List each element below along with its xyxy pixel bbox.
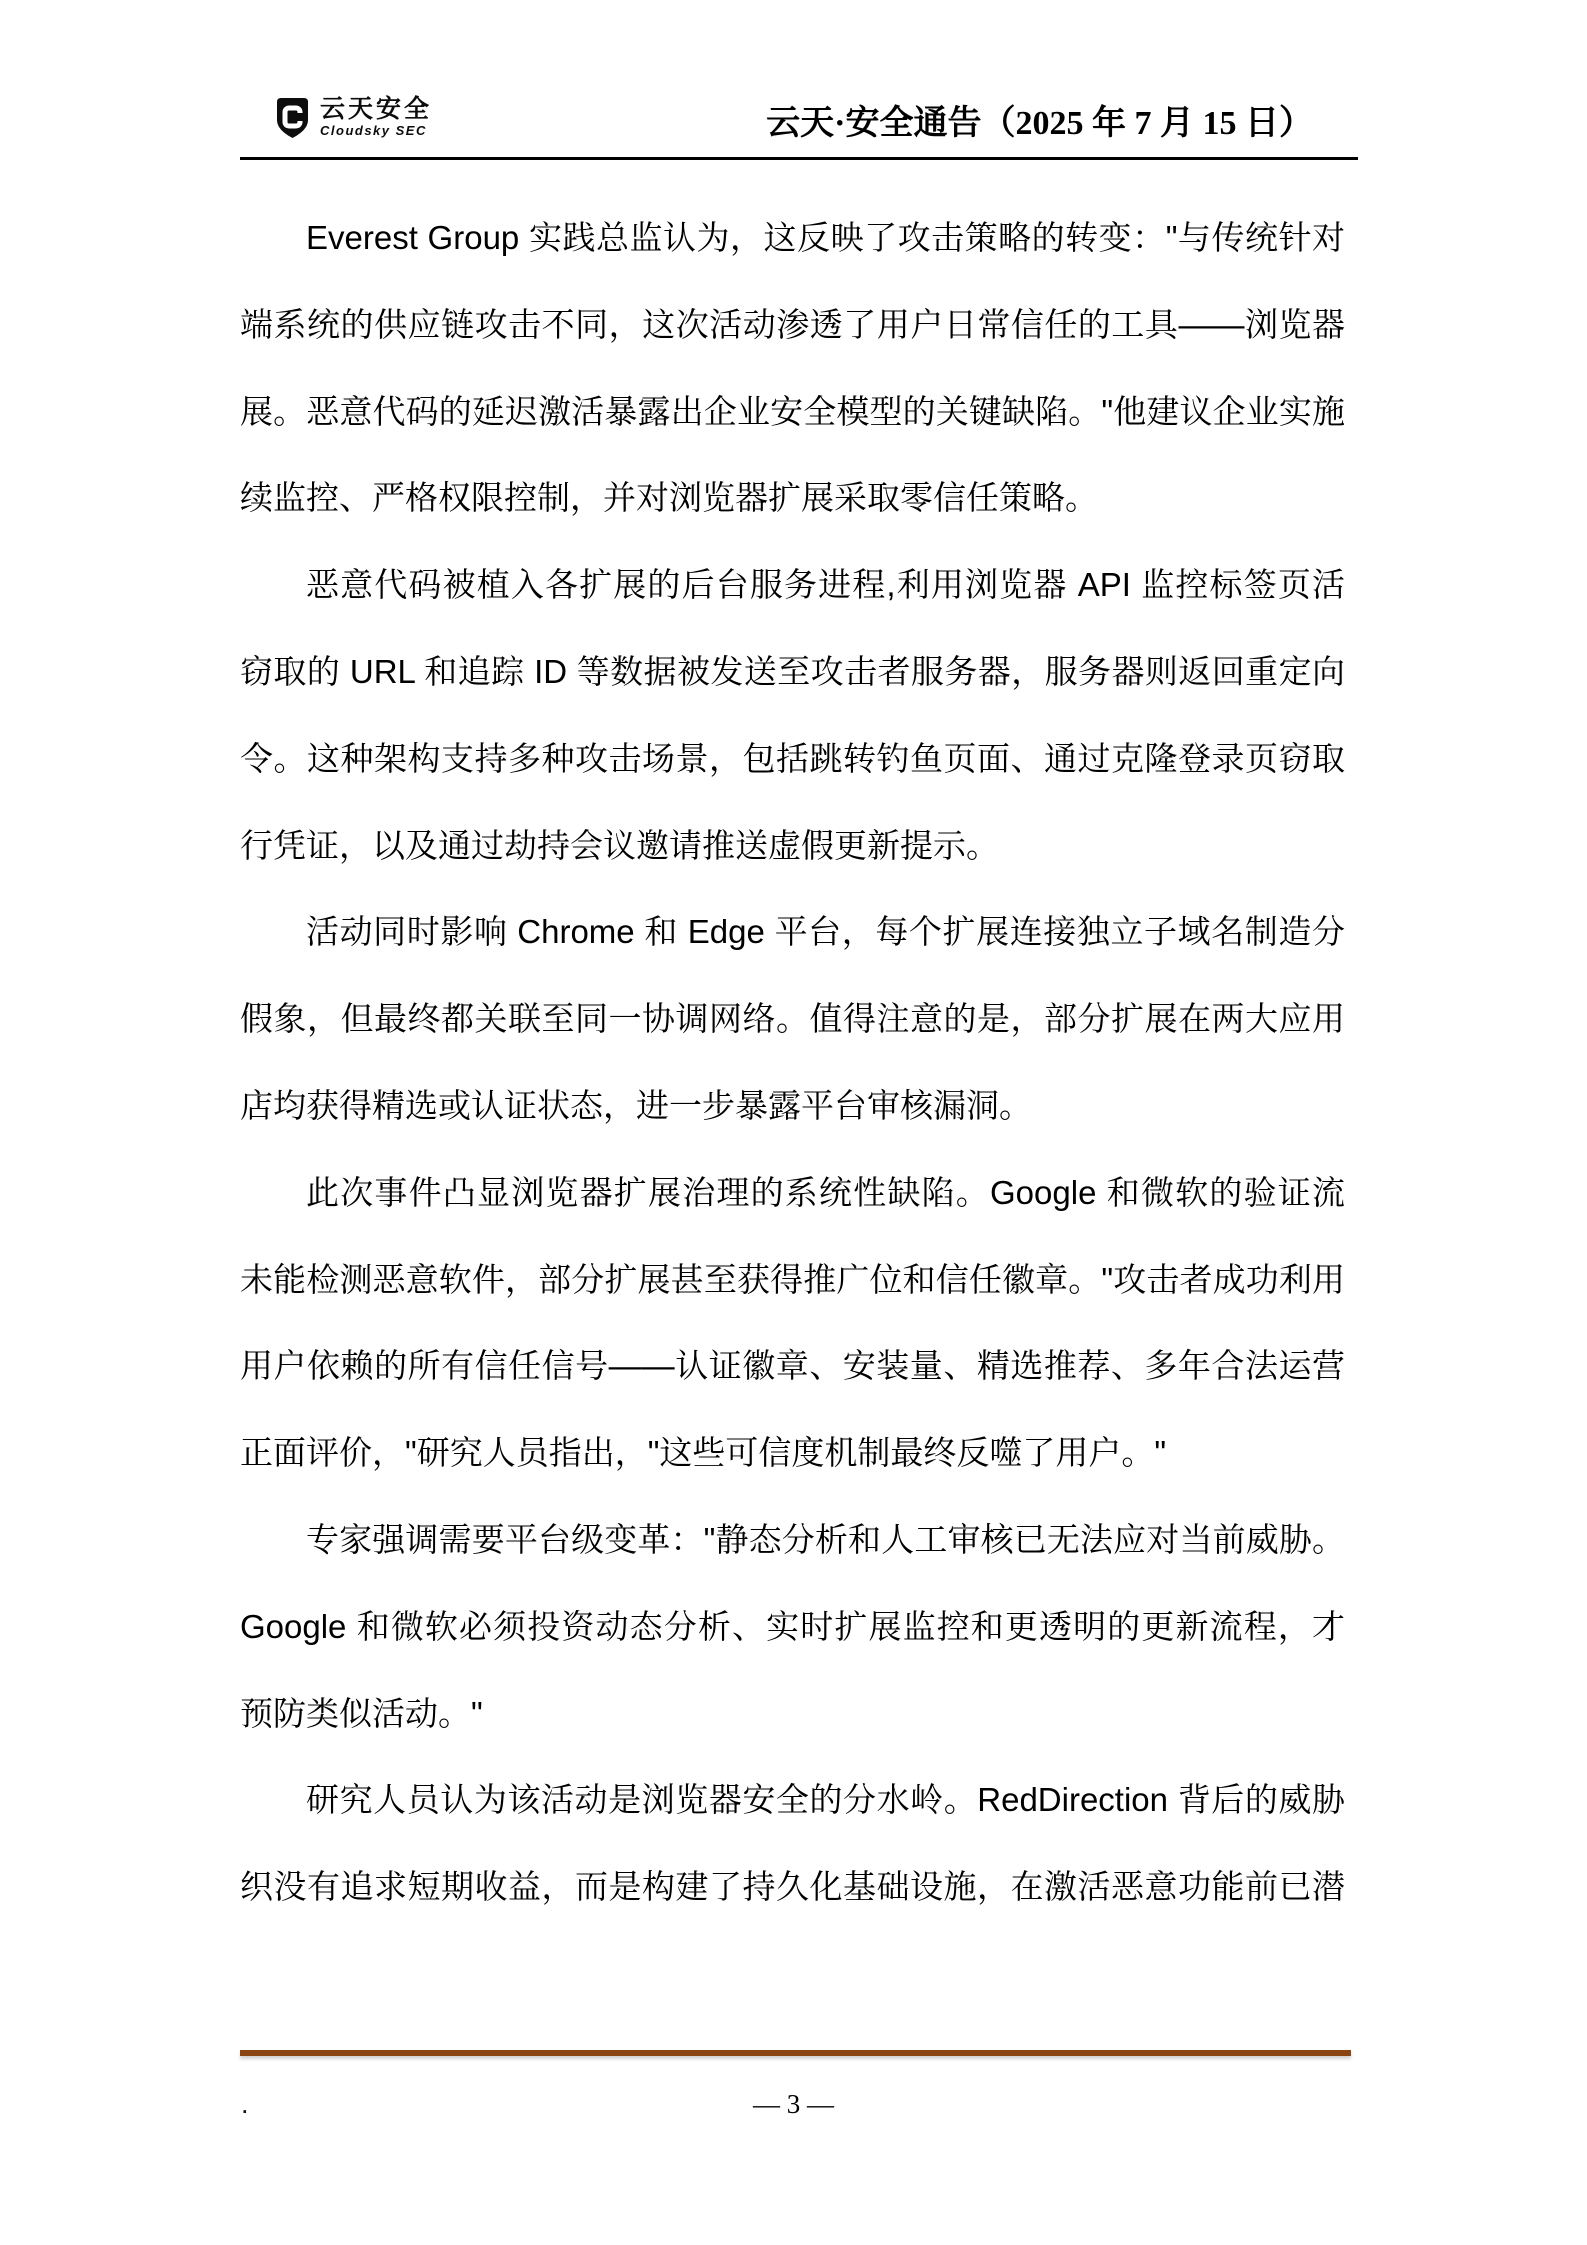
paragraph-line: 预防类似活动。" <box>240 1671 1345 1758</box>
document-page: 云天安全 Cloudsky SEC 云天·安全通告（2025 年 7 月 15 … <box>0 0 1587 2245</box>
paragraph-line: Everest Group 实践总监认为，这反映了攻击策略的转变："与传统针对后 <box>240 195 1345 282</box>
paragraph: 此次事件凸显浏览器扩展治理的系统性缺陷。Google 和微软的验证流程未能检测恶… <box>240 1150 1345 1497</box>
paragraph-line: 正面评价，"研究人员指出，"这些可信度机制最终反噬了用户。" <box>240 1410 1345 1497</box>
paragraph-line: 织没有追求短期收益，而是构建了持久化基础设施，在激活恶意功能前已潜伏 <box>240 1844 1345 1931</box>
paragraph-line: 店均获得精选或认证状态，进一步暴露平台审核漏洞。 <box>240 1063 1345 1150</box>
paragraph: 专家强调需要平台级变革："静态分析和人工审核已无法应对当前威胁。Google 和… <box>240 1497 1345 1757</box>
paragraph-line: 展。恶意代码的延迟激活暴露出企业安全模型的关键缺陷。"他建议企业实施持 <box>240 369 1345 456</box>
paragraph-line: 窃取的 URL 和追踪 ID 等数据被发送至攻击者服务器，服务器则返回重定向指 <box>240 629 1345 716</box>
logo-brand-en: Cloudsky SEC <box>320 123 432 139</box>
paragraph-line: 此次事件凸显浏览器扩展治理的系统性缺陷。Google 和微软的验证流程 <box>240 1150 1345 1237</box>
shield-c-icon <box>275 96 310 140</box>
footer-line: . — 3 — <box>0 2086 1587 2122</box>
paragraph-line: 专家强调需要平台级变革："静态分析和人工审核已无法应对当前威胁。 <box>240 1497 1345 1584</box>
document-header-title: 云天·安全通告（2025 年 7 月 15 日） <box>766 103 1313 145</box>
paragraph: 恶意代码被植入各扩展的后台服务进程,利用浏览器 API 监控标签页活动。窃取的 … <box>240 542 1345 889</box>
paragraph-line: 用户依赖的所有信任信号——认证徽章、安装量、精选推荐、多年合法运营和 <box>240 1323 1345 1410</box>
paragraph-line: 续监控、严格权限控制，并对浏览器扩展采取零信任策略。 <box>240 455 1345 542</box>
paragraph-line: 未能检测恶意软件，部分扩展甚至获得推广位和信任徽章。"攻击者成功利用了 <box>240 1237 1345 1324</box>
paragraph-line: 恶意代码被植入各扩展的后台服务进程,利用浏览器 API 监控标签页活动。 <box>240 542 1345 629</box>
paragraph-line: 假象，但最终都关联至同一协调网络。值得注意的是，部分扩展在两大应用商 <box>240 976 1345 1063</box>
paragraph-line: 行凭证，以及通过劫持会议邀请推送虚假更新提示。 <box>240 803 1345 890</box>
paragraph-line: 令。这种架构支持多种攻击场景，包括跳转钓鱼页面、通过克隆登录页窃取银 <box>240 716 1345 803</box>
paragraph: 研究人员认为该活动是浏览器安全的分水岭。RedDirection 背后的威胁组织… <box>240 1757 1345 1931</box>
page-number: — 3 — <box>0 2086 1587 2122</box>
document-body: Everest Group 实践总监认为，这反映了攻击策略的转变："与传统针对后… <box>240 195 1345 1931</box>
paragraph-line: 端系统的供应链攻击不同，这次活动渗透了用户日常信任的工具——浏览器扩 <box>240 282 1345 369</box>
paragraph: 活动同时影响 Chrome 和 Edge 平台，每个扩展连接独立子域名制造分散假… <box>240 889 1345 1149</box>
header-rule <box>240 157 1358 160</box>
paragraph-line: Google 和微软必须投资动态分析、实时扩展监控和更透明的更新流程，才能 <box>240 1584 1345 1671</box>
paragraph: Everest Group 实践总监认为，这反映了攻击策略的转变："与传统针对后… <box>240 195 1345 542</box>
paragraph-line: 研究人员认为该活动是浏览器安全的分水岭。RedDirection 背后的威胁组 <box>240 1757 1345 1844</box>
logo-brand-cn: 云天安全 <box>320 96 432 122</box>
logo: 云天安全 Cloudsky SEC <box>275 96 432 140</box>
paragraph-line: 活动同时影响 Chrome 和 Edge 平台，每个扩展连接独立子域名制造分散 <box>240 889 1345 976</box>
logo-text: 云天安全 Cloudsky SEC <box>320 96 432 139</box>
footer-rule <box>240 2050 1351 2056</box>
